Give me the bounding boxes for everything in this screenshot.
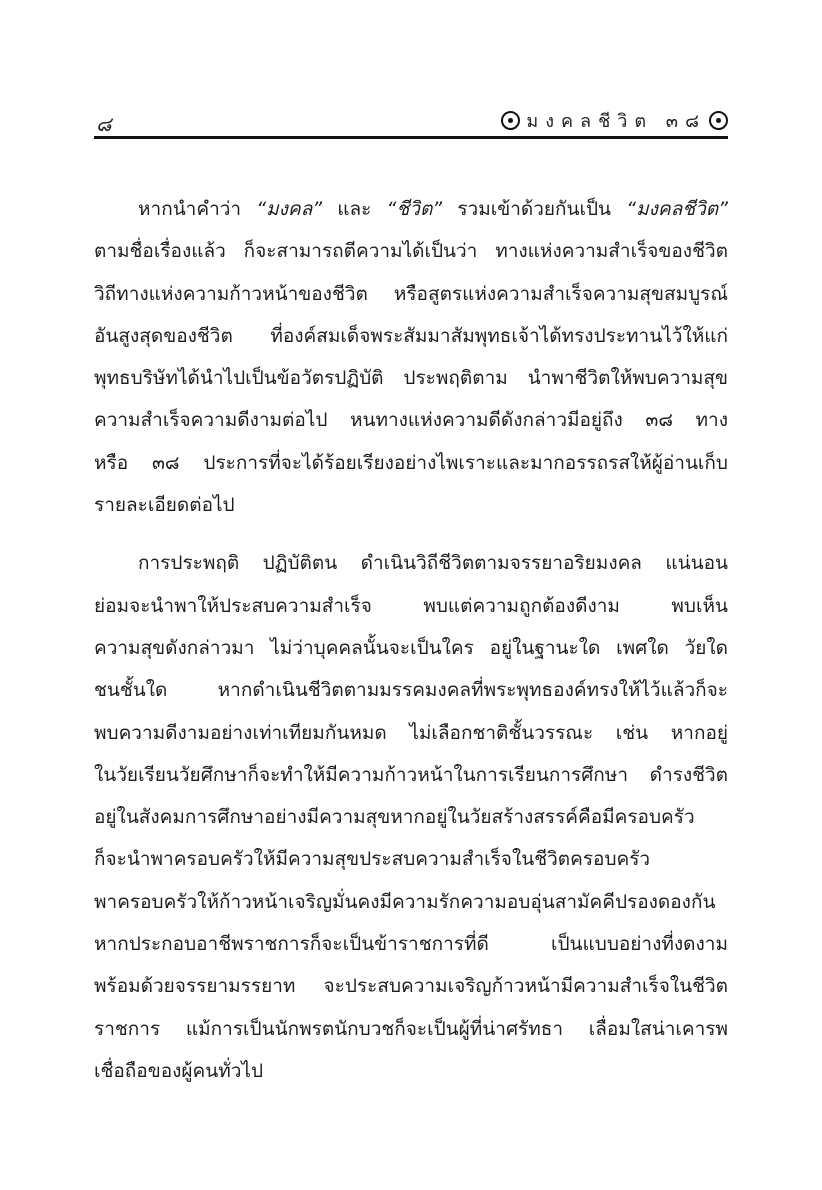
circle-dot-icon [709, 111, 728, 130]
paragraph-line: อยู่ในสังคมการศึกษาอย่างมีความสุขหากอยู่… [94, 796, 728, 838]
paragraph-1: หากนำคำว่า “มงคล” และ “ชีวิต” รวมเข้าด้ว… [94, 188, 728, 526]
paragraph-line: หากนำคำว่า “มงคล” และ “ชีวิต” รวมเข้าด้ว… [94, 188, 728, 230]
emphasized-term: “มงคล” [256, 198, 322, 220]
paragraph-line: ความสุขดังกล่าวมา ไม่ว่าบุคคลนั้นจะเป็นใ… [94, 627, 728, 669]
paragraph-line: พร้อมด้วยจรรยามรรยาท จะประสบความเจริญก้า… [94, 965, 728, 1007]
paragraph-line: ตามชื่อเรื่องแล้ว ก็จะสามารถตีความได้เป็… [94, 230, 728, 272]
running-title: มงคลชีวิต ๓๘ [501, 106, 728, 135]
paragraph-line: ชนชั้นใด หากดำเนินชีวิตตามมรรคมงคลที่พระ… [94, 669, 728, 711]
paragraph-line: พุทธบริษัทได้นำไปเป็นข้อวัตรปฏิบัติ ประพ… [94, 357, 728, 399]
paragraph-2: การประพฤติ ปฏิบัติตน ดำเนินวิถีชีวิตตามจ… [94, 542, 728, 1092]
text-run: หากนำคำว่า [138, 198, 256, 220]
emphasized-term: “ชีวิต” [387, 198, 443, 220]
body-text: หากนำคำว่า “มงคล” และ “ชีวิต” รวมเข้าด้ว… [94, 188, 728, 1108]
paragraph-line: อันสูงสุดของชีวิต ที่องค์สมเด็จพระสัมมาส… [94, 315, 728, 357]
paragraph-line: ความสำเร็จความดีงามต่อไป หนทางแห่งความดี… [94, 399, 728, 441]
running-title-text: มงคลชีวิต ๓๘ [526, 106, 706, 135]
text-run: รวมเข้าด้วยกันเป็น [442, 198, 626, 220]
paragraph-line: วิถีทางแห่งความก้าวหน้าของชีวิต หรือสูตร… [94, 273, 728, 315]
text-run: และ [322, 198, 386, 220]
paragraph-line: หรือ ๓๘ ประการที่จะได้ร้อยเรียงอย่างไพเร… [94, 442, 728, 484]
paragraph-line: ย่อมจะนำพาให้ประสบความสำเร็จ พบแต่ความถู… [94, 585, 728, 627]
paragraph-line: รายละเอียดต่อไป [94, 484, 728, 526]
running-header: ๘ มงคลชีวิต ๓๘ [94, 104, 728, 134]
paragraph-line: พบความดีงามอย่างเท่าเทียมกันหมด ไม่เลือก… [94, 712, 728, 754]
paragraph-line: หากประกอบอาชีพราชการก็จะเป็นข้าราชการที่… [94, 923, 728, 965]
circle-dot-icon [501, 111, 520, 130]
emphasized-term: “มงคลชีวิต” [626, 198, 728, 220]
paragraph-line: ราชการ แม้การเป็นนักพรตนักบวชก็จะเป็นผู้… [94, 1008, 728, 1050]
paragraph-line: การประพฤติ ปฏิบัติตน ดำเนินวิถีชีวิตตามจ… [94, 542, 728, 584]
paragraph-line: ก็จะนำพาครอบครัวให้มีความสุขประสบความสำเ… [94, 838, 728, 880]
paragraph-line: ในวัยเรียนวัยศึกษาก็จะทำให้มีความก้าวหน้… [94, 754, 728, 796]
paragraph-line: พาครอบครัวให้ก้าวหน้าเจริญมั่นคงมีความรั… [94, 881, 728, 923]
paragraph-line: เชื่อถือของผู้คนทั่วไป [94, 1050, 728, 1092]
header-rule [94, 136, 728, 139]
